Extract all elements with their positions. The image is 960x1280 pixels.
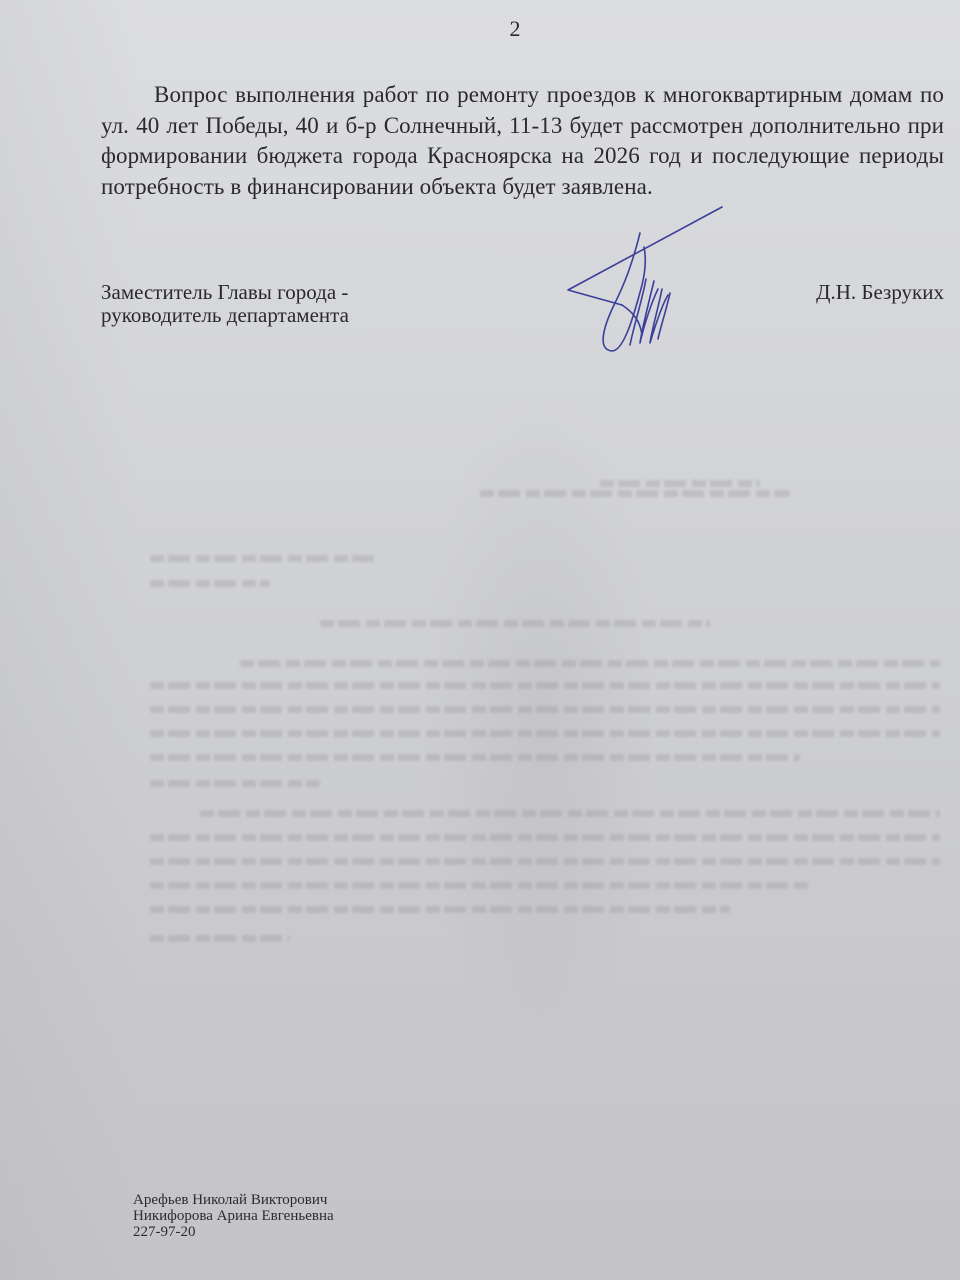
signer-name: Д.Н. Безруких: [816, 281, 944, 304]
signer-position-line1: Заместитель Главы города -: [101, 281, 349, 304]
executor-name-1: Арефьев Николай Викторович: [133, 1192, 334, 1208]
signer-position-line2: руководитель департамента: [101, 304, 349, 327]
executor-phone: 227-97-20: [133, 1224, 334, 1240]
executor-name-2: Никифорова Арина Евгеньевна: [133, 1208, 334, 1224]
handwritten-signature-icon: [562, 205, 732, 355]
executors-block: Арефьев Николай Викторович Никифорова Ар…: [133, 1192, 334, 1240]
signature-block: Заместитель Главы города - руководитель …: [101, 275, 944, 375]
body-paragraph: Вопрос выполнения работ по ремонту проез…: [101, 80, 944, 202]
document-page: 2 Вопрос выполнения работ по ремонту про…: [0, 0, 960, 1280]
reverse-side-bleed-through: [150, 460, 940, 1020]
signer-position: Заместитель Главы города - руководитель …: [101, 281, 349, 327]
paper-shadow: [420, 380, 660, 1080]
page-number: 2: [0, 16, 960, 42]
